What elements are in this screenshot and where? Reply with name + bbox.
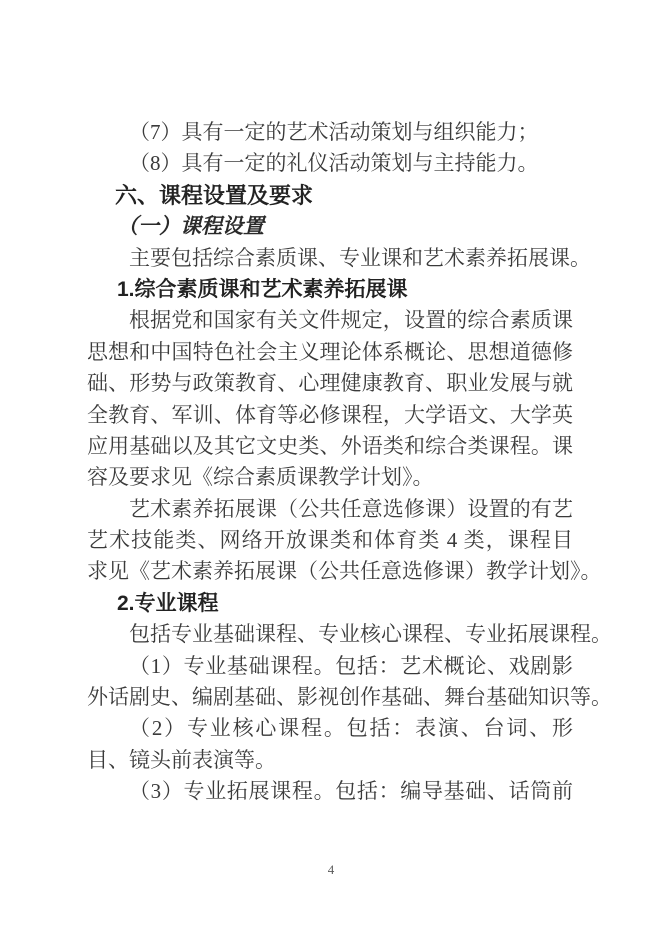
para-general-courses-line-5: 应用基础以及其它文史类、外语类和综合类课程。课程目标、内 xyxy=(87,431,573,462)
document-body: （7）具有一定的艺术活动策划与组织能力； （8）具有一定的礼仪活动策划与主持能力… xyxy=(87,117,573,808)
ability-item-8: （8）具有一定的礼仪活动策划与主持能力。 xyxy=(87,148,573,179)
para-art-expansion-line-3: 求见《艺术素养拓展课（公共任意选修课）教学计划》。 xyxy=(87,556,573,587)
para-general-courses-line-4: 全教育、军训、体育等必修课程，大学语文、大学英语、计算机 xyxy=(87,400,573,431)
ability-item-7: （7）具有一定的艺术活动策划与组织能力； xyxy=(87,117,573,148)
para-art-expansion-line-2: 艺术技能类、网络开放课类和体育类 4 类，课程目标、内容及要 xyxy=(87,525,573,556)
para-general-courses-line-6: 容及要求见《综合素质课教学计划》。 xyxy=(87,462,573,493)
para-general-courses-line-1: 根据党和国家有关文件规定，设置的综合素质课有：毛泽东 xyxy=(87,305,573,336)
page-number: 4 xyxy=(0,862,662,878)
para-basic-courses-line-1: （1）专业基础课程。包括：艺术概论、戏剧影视赏析、中 xyxy=(87,651,573,682)
document-page: （7）具有一定的艺术活动策划与组织能力； （8）具有一定的礼仪活动策划与主持能力… xyxy=(0,0,662,936)
para-basic-courses-line-2: 外话剧史、编剧基础、影视创作基础、舞台基础知识等。 xyxy=(87,682,573,713)
heading-section-six: 六、课程设置及要求 xyxy=(87,180,573,211)
para-core-courses-line-2: 目、镜头前表演等。 xyxy=(87,745,573,776)
heading-course-setup: （一）课程设置 xyxy=(87,211,573,242)
para-course-overview: 主要包括综合素质课、专业课和艺术素养拓展课。 xyxy=(87,243,573,274)
para-core-courses-line-1: （2）专业核心课程。包括：表演、台词、形体、声乐、剧 xyxy=(87,713,573,744)
para-general-courses-line-2: 思想和中国特色社会主义理论体系概论、思想道德修养与法律基 xyxy=(87,337,573,368)
para-art-expansion-line-1: 艺术素养拓展课（公共任意选修课）设置的有艺术理论类、 xyxy=(87,494,573,525)
para-major-overview: 包括专业基础课程、专业核心课程、专业拓展课程。 xyxy=(87,619,573,650)
heading-general-courses: 1.综合素质课和艺术素养拓展课 xyxy=(87,274,573,305)
para-expansion-courses-line-1: （3）专业拓展课程。包括：编导基础、话筒前艺术、影视 xyxy=(87,776,573,807)
para-general-courses-line-3: 础、形势与政策教育、心理健康教育、职业发展与就业指导、安 xyxy=(87,368,573,399)
heading-major-courses: 2.专业课程 xyxy=(87,588,573,619)
